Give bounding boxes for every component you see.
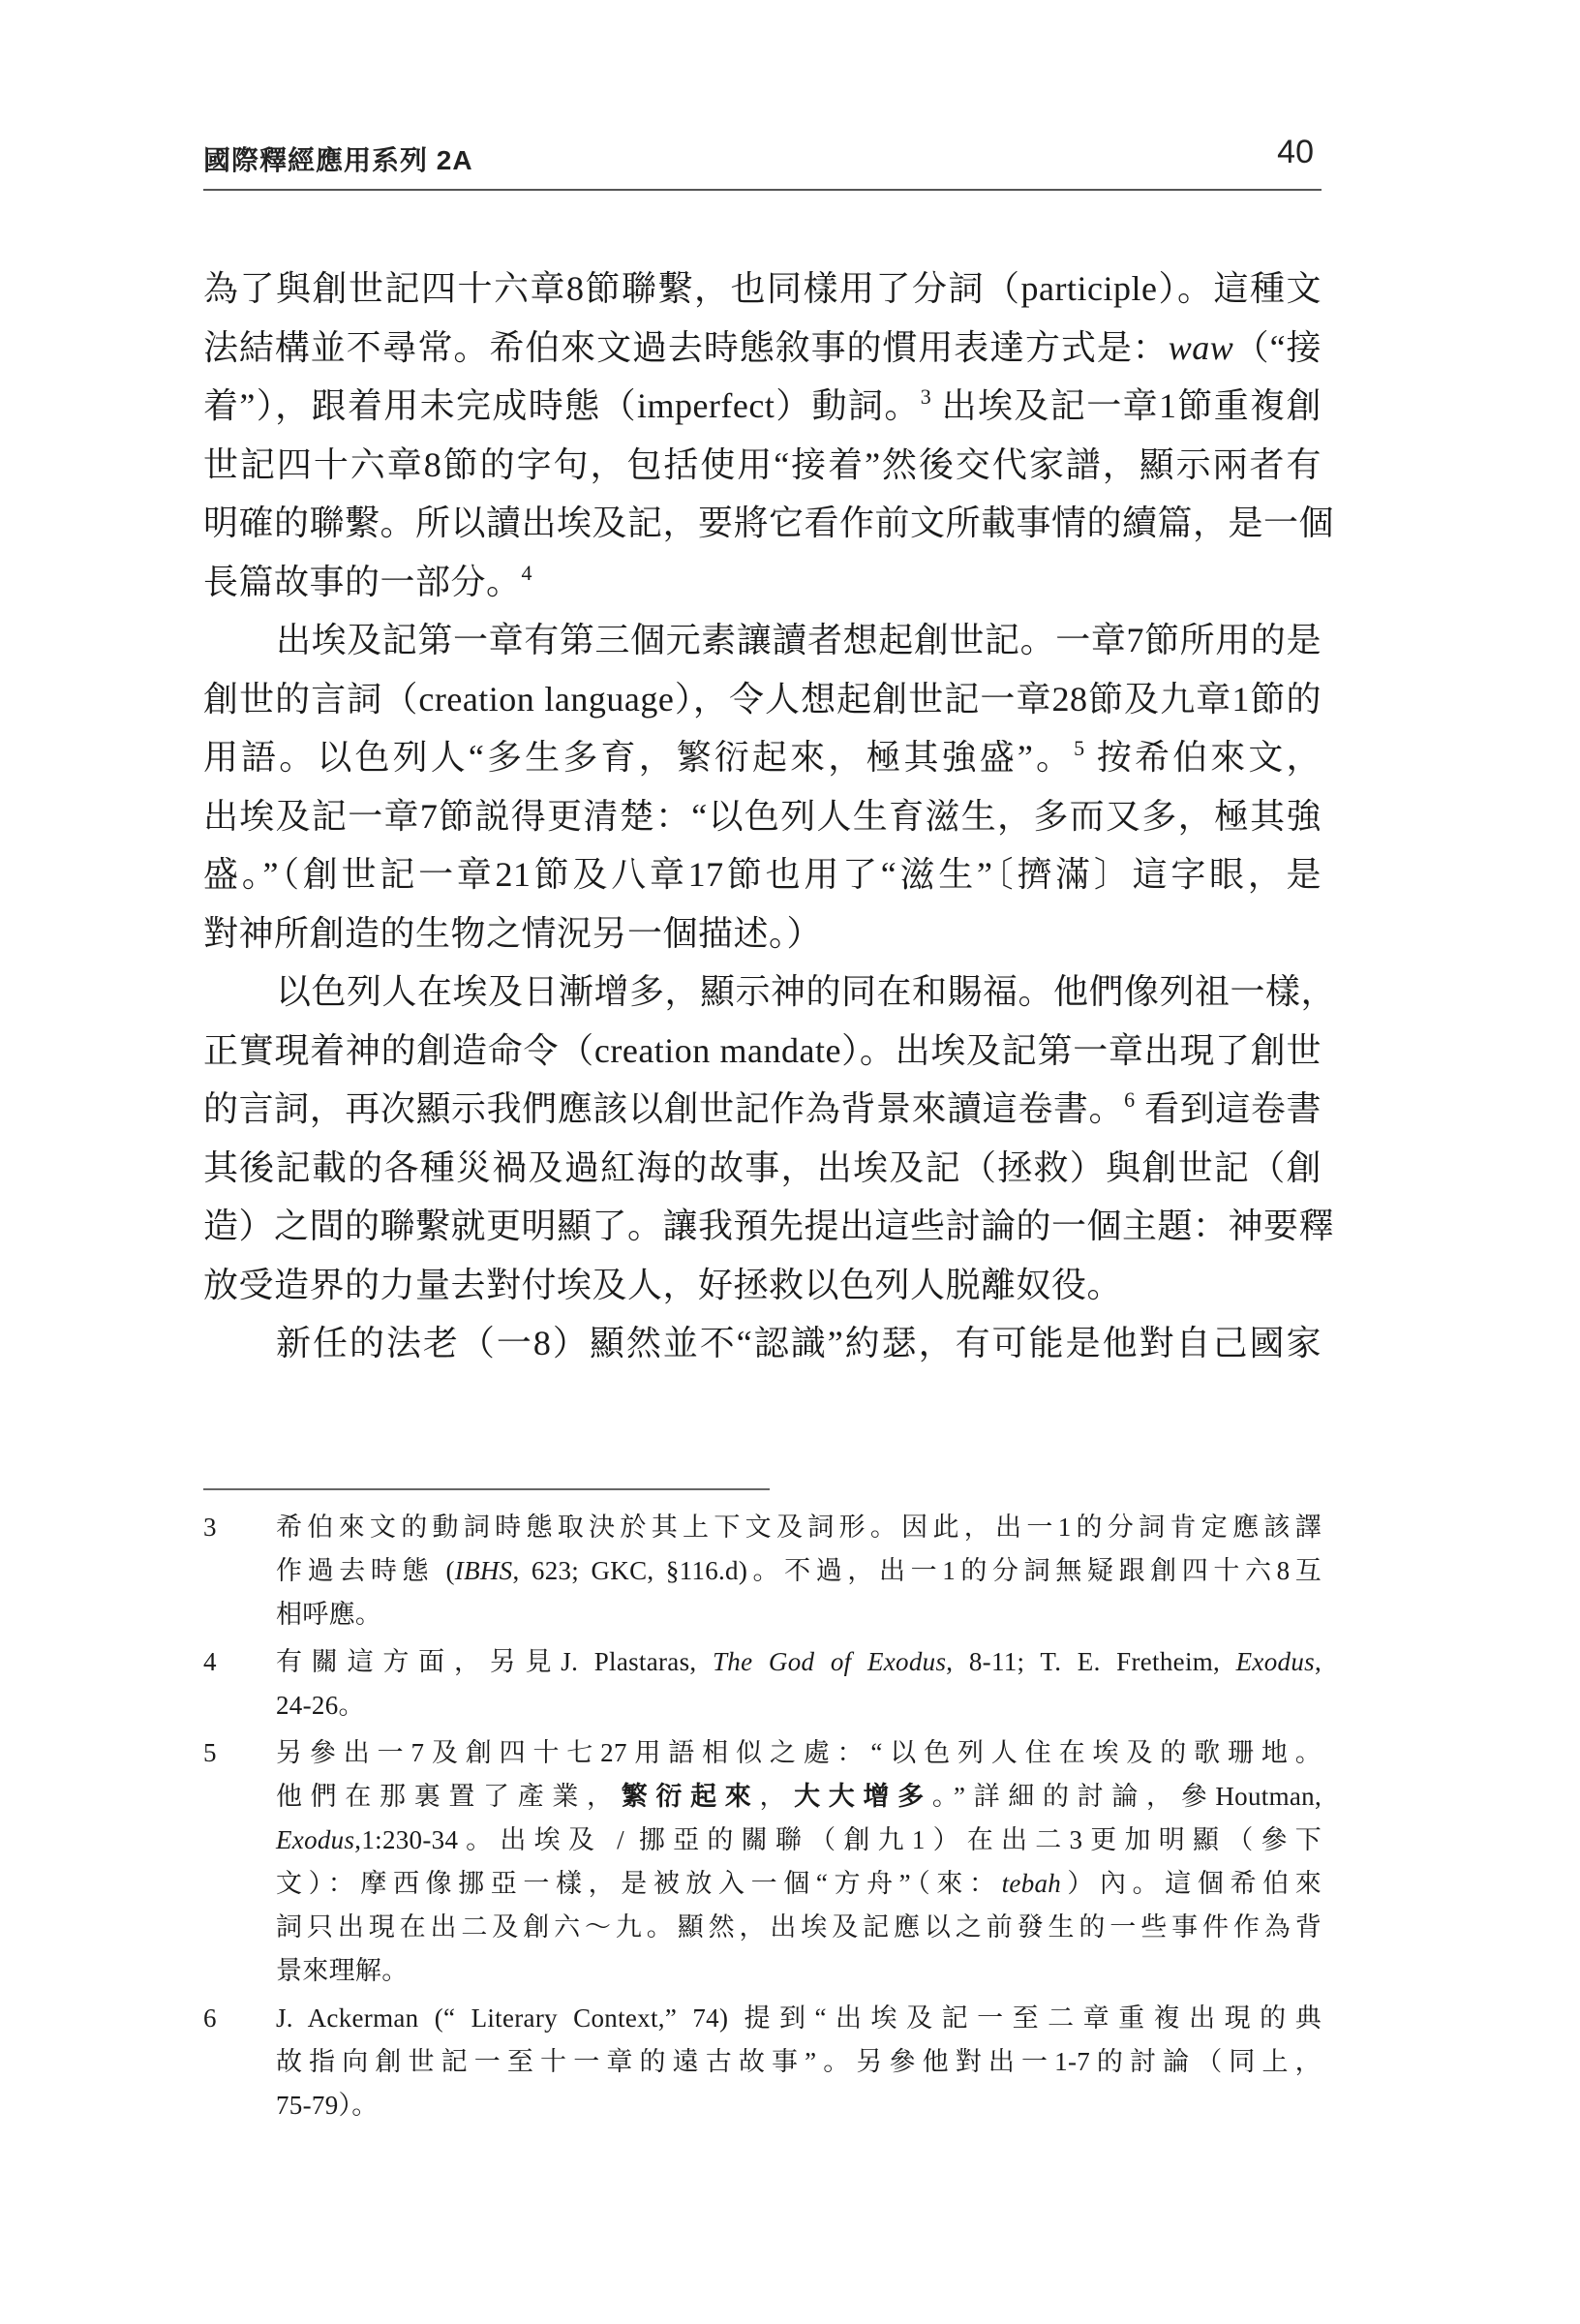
body-line: 法結構並不尋常。希伯來文過去時態敘事的慣用表達方式是：waw（“接 [203,319,1322,378]
footnote-number: 3 [203,1506,217,1549]
header-rule [203,189,1322,191]
footnote-line: 24-26。 [276,1684,1322,1728]
body-line: 的言詞，再次顯示我們應該以創世記作為背景來讀這卷書。6 看到這卷書 [203,1080,1322,1139]
footnote-number: 6 [203,1997,217,2040]
footnote-line: 文）：摩西像挪亞一樣，是被放入一個“方舟”（來：tebah）內。這個希伯來 [276,1862,1322,1906]
footnote-5: 5 另參出一7及創四十七27用語相似之處：“以色列人住在埃及的歌珊地。 他們在那… [203,1731,1322,1993]
footnotes: 3 希伯來文的動詞時態取決於其上下文及詞形。因此，出一1的分詞肯定應該譯 作過去… [203,1506,1322,2131]
body-line: 正實現着神的創造命令（creation mandate）。出埃及記第一章出現了創… [203,1022,1322,1081]
body-text: 為了與創世記四十六章8節聯繫，也同樣用了分詞（participle）。這種文 法… [203,260,1322,1373]
footnote-6: 6 J. Ackerman (“ Literary Context,” 74) … [203,1997,1322,2127]
body-line: 造）之間的聯繫就更明顯了。讓我預先提出這些討論的一個主題：神要釋 [203,1197,1322,1256]
body-line: 對神所創造的生物之情況另一個描述。） [203,904,1322,963]
footnote-line: 詞只出現在出二及創六～九。顯然，出埃及記應以之前發生的一些事件作為背 [276,1906,1322,1949]
footnote-line: 有關這方面，另見J. Plastaras, The God of Exodus,… [276,1640,1322,1684]
footnote-rule [203,1488,770,1490]
body-line: 新任的法老（一8）顯然並不“認識”約瑟，有可能是他對自己國家 [203,1314,1322,1373]
footnote-4: 4 有關這方面，另見J. Plastaras, The God of Exodu… [203,1640,1322,1728]
footnote-number: 5 [203,1731,217,1775]
footnote-ref[interactable]: 5 [1074,736,1085,760]
page-number: 40 [1277,134,1314,171]
body-line: 着”），跟着用未完成時態（imperfect）動詞。3 出埃及記一章1節重複創 [203,377,1322,436]
body-line: 出埃及記第一章有第三個元素讓讀者想起創世記。一章7節所用的是 [203,611,1322,670]
footnote-line: Exodus,1:230-34。出埃及 / 挪亞的關聯（創九1）在出二3更加明顯… [276,1819,1322,1862]
footnote-line: 另參出一7及創四十七27用語相似之處：“以色列人住在埃及的歌珊地。 [276,1731,1322,1775]
footnote-ref[interactable]: 6 [1124,1087,1136,1112]
footnote-line: 75-79）。 [276,2084,1322,2127]
footnote-number: 4 [203,1640,217,1684]
footnote-ref[interactable]: 4 [522,561,533,585]
body-line: 出埃及記一章7節説得更清楚：“以色列人生育滋生，多而又多，極其強 [203,787,1322,846]
body-line: 以色列人在埃及日漸增多，顯示神的同在和賜福。他們像列祖一樣， [203,963,1322,1022]
footnote-3: 3 希伯來文的動詞時態取決於其上下文及詞形。因此，出一1的分詞肯定應該譯 作過去… [203,1506,1322,1636]
footnote-line: 他們在那裏置了產業，繁衍起來，大大增多。”詳細的討論，參Houtman, [276,1775,1322,1819]
footnote-line: 景來理解。 [276,1949,1322,1993]
footnote-ref[interactable]: 3 [921,384,932,409]
body-line: 盛。”（創世記一章21節及八章17節也用了“滋生”〔擠滿〕這字眼，是 [203,845,1322,904]
body-line: 放受造界的力量去對付埃及人，好拯救以色列人脱離奴役。 [203,1256,1322,1315]
footnote-line: J. Ackerman (“ Literary Context,” 74) 提到… [276,1997,1322,2040]
body-line: 明確的聯繫。所以讀出埃及記，要將它看作前文所載事情的續篇，是一個 [203,494,1322,553]
footnote-line: 作過去時態 (IBHS, 623; GKC, §116.d)。不過，出一1的分詞… [276,1549,1322,1593]
body-line: 世記四十六章8節的字句，包括使用“接着”然後交代家譜，顯示兩者有 [203,436,1322,495]
running-header: 國際釋經應用系列 2A 40 [203,136,1322,190]
footnote-line: 故指向創世記一至十一章的遠古故事”。另參他對出一1-7的討論（同上， [276,2040,1322,2084]
series-title: 國際釋經應用系列 2A [203,139,473,178]
body-line: 其後記載的各種災禍及過紅海的故事，出埃及記（拯救）與創世記（創 [203,1139,1322,1198]
body-line: 長篇故事的一部分。4 [203,553,1322,612]
body-line: 創世的言詞（creation language），令人想起創世記一章28節及九章… [203,670,1322,729]
body-line: 為了與創世記四十六章8節聯繫，也同樣用了分詞（participle）。這種文 [203,260,1322,319]
footnote-line: 希伯來文的動詞時態取決於其上下文及詞形。因此，出一1的分詞肯定應該譯 [276,1506,1322,1549]
body-line: 用語。以色列人“多生多育，繁衍起來，極其強盛”。5 按希伯來文， [203,728,1322,787]
footnote-line: 相呼應。 [276,1593,1322,1636]
